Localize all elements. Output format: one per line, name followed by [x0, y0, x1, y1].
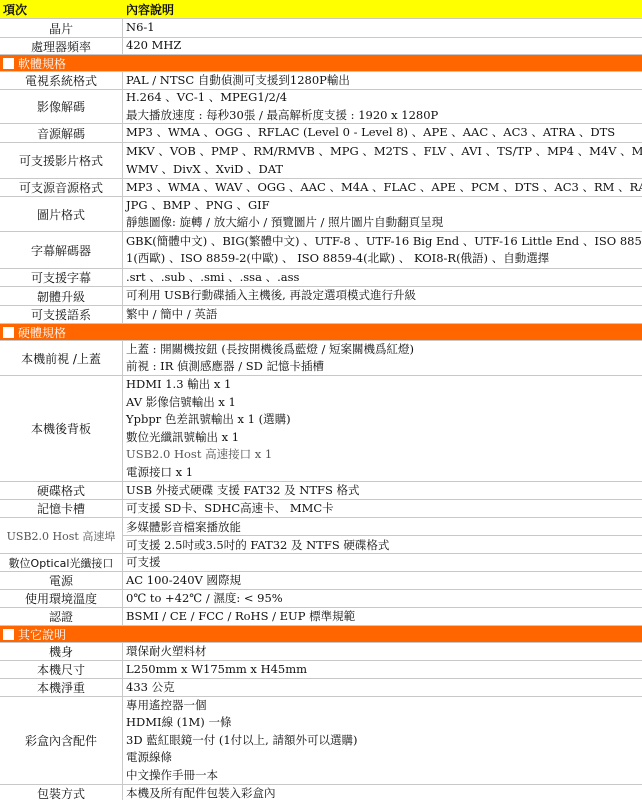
table-row: 圖片格式 JPG 、BMP 、PNG 、GIF 靜態圖像: 旋轉 / 放大縮小 … — [0, 197, 642, 232]
row-label: 可支源音源格式 — [0, 179, 123, 196]
row-label: 影像解碼 — [0, 90, 123, 123]
row-value-line: 多媒體影音檔案播放能 — [123, 518, 642, 535]
section-title: 軟體規格 — [18, 55, 66, 72]
row-value: 可支援 — [126, 554, 642, 571]
table-row: 本機尺寸 L250mm x W175mm x H45mm — [0, 661, 642, 679]
row-label: 電視系統格式 — [0, 72, 123, 89]
row-value-line: 前視 : IR 偵測感應器 / SD 記憶卡插槽 — [126, 358, 642, 375]
row-label: 晶片 — [0, 19, 123, 37]
row-value: 433 公克 — [126, 679, 642, 696]
row-label: 電源 — [0, 572, 123, 589]
section-title: 硬體規格 — [18, 324, 66, 341]
row-label: 本機後背板 — [0, 376, 123, 481]
table-row: 字幕解碼器 GBK(簡體中文) 、BIG(繁體中文) 、UTF-8 、UTF-1… — [0, 232, 642, 269]
row-label: 可支援語系 — [0, 306, 123, 323]
table-header: 項次 內容說明 — [0, 0, 642, 19]
header-description: 內容說明 — [123, 0, 642, 18]
row-label: 本機淨重 — [0, 679, 123, 696]
row-label: 可支援字幕 — [0, 269, 123, 286]
row-label: 彩盒內含配件 — [0, 697, 123, 784]
row-label: 韌體升級 — [0, 287, 123, 305]
row-value-line: 專用遙控器一個 — [126, 697, 642, 714]
row-label: 硬碟格式 — [0, 482, 123, 499]
row-value: 0℃ to +42℃ / 濕度: < 95% — [126, 590, 642, 607]
table-row: 韌體升級 可利用 USB行動碟插入主機後, 再設定選項模式進行升級 — [0, 287, 642, 306]
table-row: 使用環境溫度 0℃ to +42℃ / 濕度: < 95% — [0, 590, 642, 608]
table-row: 影像解碼 H.264 、VC-1 、MPEG1/2/4 最大播放速度 : 每秒3… — [0, 90, 642, 124]
row-label: 使用環境溫度 — [0, 590, 123, 607]
row-value: 本機及所有配件包裝入彩盒內 — [126, 785, 642, 800]
row-value: 420 MHZ — [126, 38, 642, 54]
table-row: 處理器頻率 420 MHZ — [0, 38, 642, 55]
row-value: 可支援 SD卡、SDHC高速卡、 MMC卡 — [126, 500, 642, 517]
row-label: 記憶卡槽 — [0, 500, 123, 517]
row-value: L250mm x W175mm x H45mm — [126, 661, 642, 678]
table-row: 包裝方式 本機及所有配件包裝入彩盒內 — [0, 785, 642, 800]
row-value-line: MKV 、VOB 、PMP 、RM/RMVB 、MPG 、M2TS 、FLV 、… — [126, 143, 642, 161]
row-value-line: AV 影像信號輸出 x 1 — [126, 394, 642, 412]
table-row: 晶片 N6-1 — [0, 19, 642, 38]
row-value-line: 數位光纖訊號輸出 x 1 — [126, 429, 642, 447]
row-label: 包裝方式 — [0, 785, 123, 800]
row-value-line: 最大播放速度 : 每秒30張 / 最高解析度支援 : 1920 x 1280P — [126, 107, 642, 124]
row-value: 繁中 / 簡中 / 英語 — [126, 306, 642, 323]
section-header-hardware: 硬體規格 — [0, 324, 642, 341]
row-value-line: USB2.0 Host 高速接口 x 1 — [126, 446, 642, 464]
row-value-line: 可支援 2.5吋或3.5吋的 FAT32 及 NTFS 硬碟格式 — [123, 535, 642, 553]
row-label: 可支援影片格式 — [0, 143, 123, 178]
row-value-line: 電源接口 x 1 — [126, 464, 642, 482]
row-value-line: 靜態圖像: 旋轉 / 放大縮小 / 預覽圖片 / 照片圖片自動翻頁呈現 — [126, 214, 642, 231]
table-row: USB2.0 Host 高速埠 多媒體影音檔案播放能 可支援 2.5吋或3.5吋… — [0, 518, 642, 554]
row-label: 機身 — [0, 643, 123, 660]
row-value: .srt 、.sub 、.smi 、.ssa 、.ass — [126, 269, 642, 286]
row-label: 本機前視 /上蓋 — [0, 341, 123, 375]
row-value: USB 外接式硬碟 支援 FAT32 及 NTFS 格式 — [126, 482, 642, 499]
row-value-line: GBK(簡體中文) 、BIG(繁體中文) 、UTF-8 、UTF-16 Big … — [126, 233, 642, 251]
row-value: 可利用 USB行動碟插入主機後, 再設定選項模式進行升級 — [126, 287, 642, 305]
section-header-software: 軟體規格 — [0, 55, 642, 72]
row-value: MP3 、WMA 、WAV 、OGG 、AAC 、M4A 、FLAC 、APE … — [126, 179, 642, 196]
table-row: 電源 AC 100-240V 國際規 — [0, 572, 642, 590]
table-row: 本機後背板 HDMI 1.3 輸出 x 1 AV 影像信號輸出 x 1 Ypbp… — [0, 376, 642, 482]
row-label: 字幕解碼器 — [0, 232, 123, 268]
table-row: 硬碟格式 USB 外接式硬碟 支援 FAT32 及 NTFS 格式 — [0, 482, 642, 500]
row-value: MP3 、WMA 、OGG 、RFLAC (Level 0 - Level 8)… — [126, 124, 642, 142]
table-row: 數位Optical光纖接口 可支援 — [0, 554, 642, 572]
row-label: 圖片格式 — [0, 197, 123, 231]
table-row: 本機前視 /上蓋 上蓋 : 開關機按鈕 (長按開機後爲藍燈 / 短案關機爲紅燈)… — [0, 341, 642, 376]
spec-table: 項次 內容說明 晶片 N6-1 處理器頻率 420 MHZ 軟體規格 電視系統格… — [0, 0, 642, 800]
row-label: 認證 — [0, 608, 123, 625]
row-value-line: 電源線條 — [126, 749, 642, 767]
table-row: 記憶卡槽 可支援 SD卡、SDHC高速卡、 MMC卡 — [0, 500, 642, 518]
row-value-line: HDMI 1.3 輸出 x 1 — [126, 376, 642, 394]
row-value: 環保耐火塑料材 — [126, 643, 642, 660]
square-bullet-icon — [3, 327, 14, 338]
row-value-line: JPG 、BMP 、PNG 、GIF — [126, 197, 642, 214]
square-bullet-icon — [3, 629, 14, 640]
table-row: 音源解碼 MP3 、WMA 、OGG 、RFLAC (Level 0 - Lev… — [0, 124, 642, 143]
table-row: 彩盒內含配件 專用遙控器一個 HDMI線 (1M) 一條 3D 藍紅眼鏡一付 (… — [0, 697, 642, 785]
table-row: 可支援字幕 .srt 、.sub 、.smi 、.ssa 、.ass — [0, 269, 642, 287]
header-item: 項次 — [0, 0, 123, 18]
section-header-other: 其它說明 — [0, 626, 642, 643]
row-value-line: WMV 、DivX 、XviD 、DAT — [126, 161, 642, 179]
row-value: BSMI / CE / FCC / RoHS / EUP 標準規範 — [126, 608, 642, 625]
table-row: 可支源音源格式 MP3 、WMA 、WAV 、OGG 、AAC 、M4A 、FL… — [0, 179, 642, 197]
row-value-line: 3D 藍紅眼鏡一付 (1付以上, 請額外可以選購) — [126, 732, 642, 750]
row-label: 音源解碼 — [0, 124, 123, 142]
row-value-line: HDMI線 (1M) 一條 — [126, 714, 642, 732]
row-value-line: 1(西歐) 、ISO 8859-2(中歐) 、 ISO 8859-4(北歐) 、… — [126, 250, 642, 268]
row-label: 處理器頻率 — [0, 38, 123, 54]
row-value: N6-1 — [126, 19, 642, 37]
row-value-line: 中文操作手冊一本 — [126, 767, 642, 784]
row-label: 本機尺寸 — [0, 661, 123, 678]
row-value-line: H.264 、VC-1 、MPEG1/2/4 — [126, 90, 642, 107]
row-value-line: 上蓋 : 開關機按鈕 (長按開機後爲藍燈 / 短案關機爲紅燈) — [126, 341, 642, 358]
row-label: USB2.0 Host 高速埠 — [0, 518, 123, 553]
section-title: 其它說明 — [18, 626, 66, 643]
row-label: 數位Optical光纖接口 — [0, 554, 123, 571]
table-row: 可支援影片格式 MKV 、VOB 、PMP 、RM/RMVB 、MPG 、M2T… — [0, 143, 642, 179]
table-row: 本機淨重 433 公克 — [0, 679, 642, 697]
row-value-line: Ypbpr 色差訊號輸出 x 1 (選購) — [126, 411, 642, 429]
row-value: AC 100-240V 國際規 — [126, 572, 642, 589]
square-bullet-icon — [3, 58, 14, 69]
row-value: PAL / NTSC 自動偵測可支援到1280P輸出 — [126, 72, 642, 89]
table-row: 認證 BSMI / CE / FCC / RoHS / EUP 標準規範 — [0, 608, 642, 626]
table-row: 電視系統格式 PAL / NTSC 自動偵測可支援到1280P輸出 — [0, 72, 642, 90]
table-row: 機身 環保耐火塑料材 — [0, 643, 642, 661]
table-row: 可支援語系 繁中 / 簡中 / 英語 — [0, 306, 642, 324]
